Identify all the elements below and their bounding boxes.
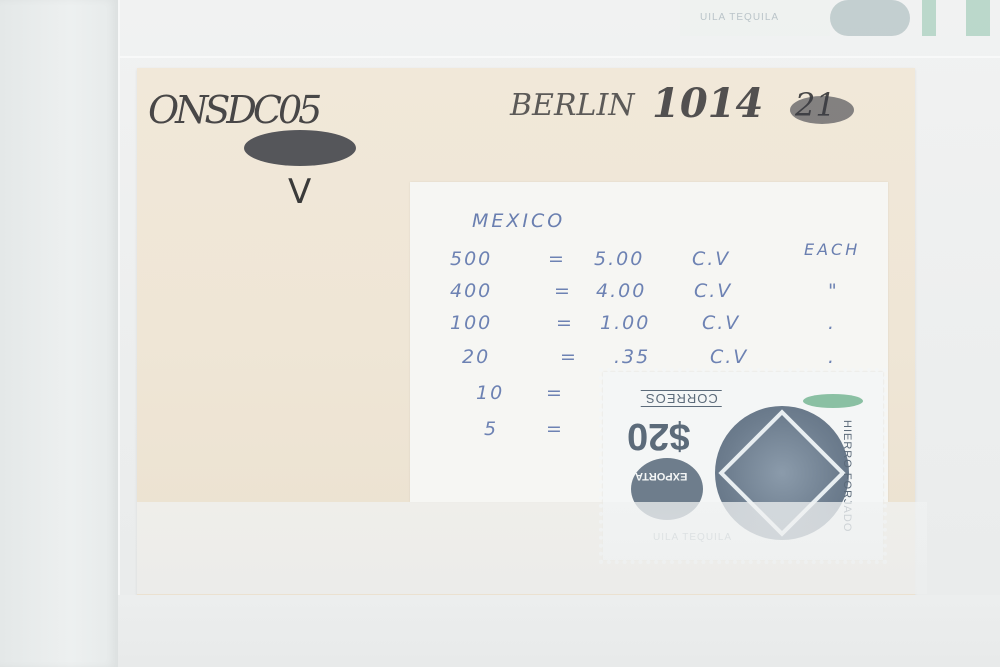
- price-row: 400 = 4.00 C.V ": [410, 280, 888, 310]
- left-sleeve-pocket: [0, 0, 120, 667]
- stamp-service: CORREOS: [641, 390, 722, 407]
- stamp-denomination: $20: [627, 414, 690, 457]
- top-stamp-row: UILA TEQUILA: [660, 0, 1000, 44]
- stamp-edge: [922, 0, 936, 36]
- scribbled-code: ONSDC05: [148, 88, 318, 132]
- scribbled-number: 1014: [652, 80, 763, 127]
- marker-blob: [244, 130, 356, 166]
- glassine-strip: [137, 502, 927, 594]
- price-row: 500 = 5.00 C.V: [410, 248, 888, 278]
- pocket-strip: [118, 56, 1000, 58]
- check-mark: V: [288, 172, 311, 212]
- export-label: EXPORTA: [635, 470, 687, 482]
- note-title: MEXICO: [472, 210, 565, 232]
- lower-pocket: [118, 595, 1000, 667]
- marker-blob: [790, 96, 854, 124]
- stamp-partial: [830, 0, 910, 36]
- price-row: 100 = 1.00 C.V .: [410, 312, 888, 342]
- top-stamp-text: UILA TEQUILA: [700, 12, 779, 23]
- stamp-edge: [966, 0, 990, 36]
- scribbled-berlin: BERLIN: [510, 88, 635, 123]
- postmark-green: [803, 394, 863, 408]
